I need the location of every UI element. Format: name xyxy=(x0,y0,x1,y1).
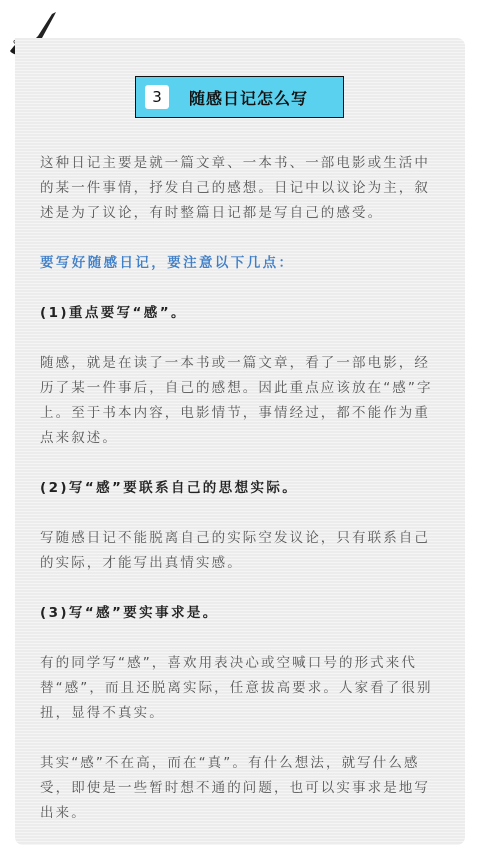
section-number-badge: 3 xyxy=(145,85,169,109)
point-paragraph-3b: 其实“感”不在高，而在“真”。有什么想法，就写什么感受，即使是一些暂时想不通的问… xyxy=(40,751,440,826)
point-heading-1: (1)重点要写“感”。 xyxy=(40,301,440,326)
article-body: 这种日记主要是就一篇文章、一本书、一部电影或生活中的某一件事情，抒发自己的感想。… xyxy=(40,151,440,851)
intro-paragraph: 这种日记主要是就一篇文章、一本书、一部电影或生活中的某一件事情，抒发自己的感想。… xyxy=(40,151,440,226)
point-paragraph-2: 写随感日记不能脱离自己的实际空发议论，只有联系自己的实际，才能写出真情实感。 xyxy=(40,526,440,576)
section-title-banner: 3 随感日记怎么写 xyxy=(135,76,344,118)
point-paragraph-3a: 有的同学写“感”，喜欢用表决心或空喊口号的形式来代替“感”，而且还脱离实际，任意… xyxy=(40,651,440,726)
point-heading-2: (2)写“感”要联系自己的思想实际。 xyxy=(40,476,440,501)
lead-sentence: 要写好随感日记，要注意以下几点： xyxy=(40,251,440,276)
point-paragraph-1: 随感，就是在读了一本书或一篇文章，看了一部电影，经历了某一件事后，自己的感想。因… xyxy=(40,351,440,451)
point-heading-3: (3)写“感”要实事求是。 xyxy=(40,601,440,626)
section-title: 随感日记怎么写 xyxy=(189,86,308,109)
